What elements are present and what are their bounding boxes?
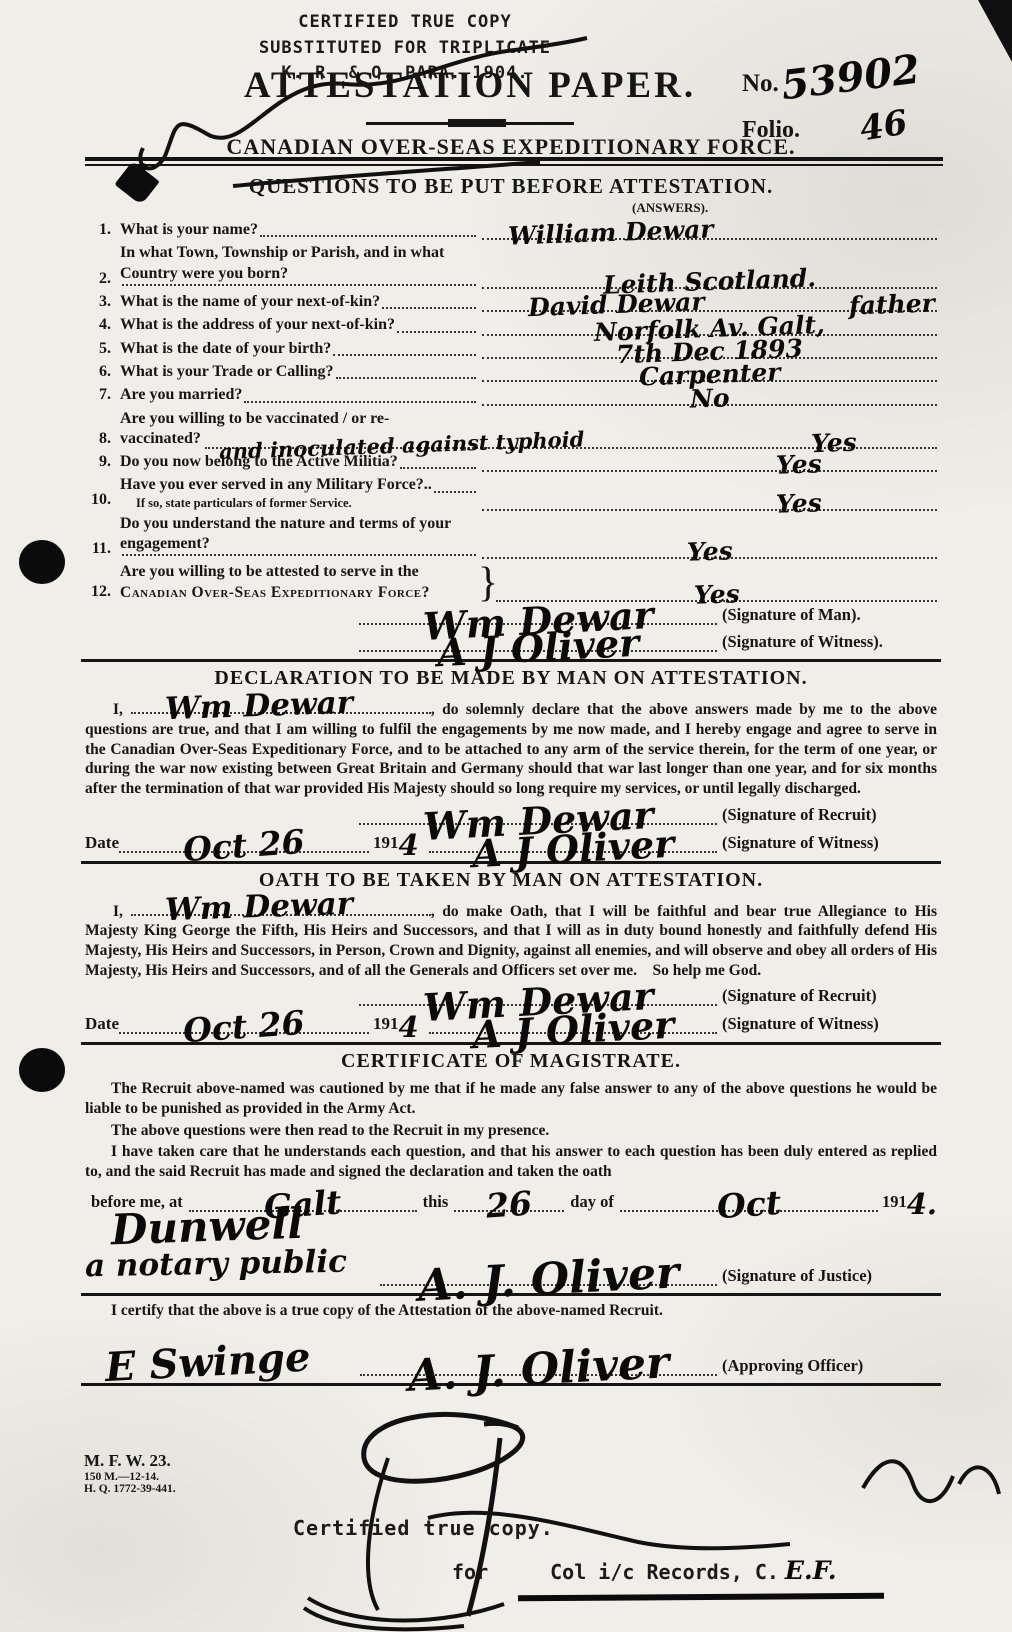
signature-of-witness: A J Oliver [437,633,640,663]
day-line: 26 [454,1193,564,1212]
signature-scrawl [268,1398,798,1632]
question-text: What is the name of your next-of-kin? [120,292,380,312]
signature-label: (Signature of Recruit) [722,805,937,825]
date-label: Date [85,833,119,853]
officer-name-handwritten: E Swinge [84,1341,360,1383]
declaration-text-bold: Canadian Over-Seas Expeditionary Force, [110,741,392,758]
answer-note: father [849,294,937,317]
answer-line: Carpenter [482,365,937,382]
question-text: vaccinated? [120,429,201,449]
magistrate-paragraph: The above questions were then read to th… [85,1121,937,1141]
dotted-leader [260,235,476,237]
signature-line: A. J. Oliver [360,1359,717,1376]
signature-line: A. J. Oliver [380,1269,717,1286]
i-label: I, [113,701,123,718]
dotted-leader [400,467,476,469]
justice-signature-row: Dunwell a notary public A. J. Oliver (Si… [85,1214,937,1286]
year-printed: 191 [373,833,399,853]
signature-label: (Signature of Witness). [722,632,937,652]
signature-line: A J Oliver [429,1020,717,1034]
signature-of-witness: A J Oliver [471,1015,674,1045]
answer-line: and inoculated against typhoid Yes [205,432,937,449]
question-row: 5. What is the date of your birth? 7th D… [85,339,937,359]
question-number: 9. [85,452,111,472]
day-of-label: day of [570,1192,614,1212]
date-value: Oct 26 [183,1011,306,1043]
scanned-attestation-document: { "header": { "stamp_lines": ["CERTIFIED… [0,0,1012,1632]
signature-row: Wm Dewar (Signature of Recruit) [85,986,937,1006]
signature-of-witness: A J Oliver [471,833,674,863]
brace-glyph: } [478,562,498,604]
justice-name-handwritten: Dunwell [110,1206,303,1246]
question-number: 8. [85,429,111,449]
dotted-leader [336,377,476,379]
signature-label: (Signature of Witness) [722,833,937,853]
question-row: 11. Do you understand the nature and ter… [85,514,937,560]
question-text: What is your name? [120,220,258,240]
year-printed: 191 [882,1192,907,1212]
question-number: 3. [85,292,111,312]
answer-value: Yes [811,430,937,454]
question-row: 8. Are you willing to be vaccinated / or… [85,409,937,450]
answer-value: William Dewar [508,220,714,247]
date-label: Date [85,1014,119,1034]
question-subtext: If so, state particulars of former Servi… [120,496,478,511]
question-number: 1. [85,220,111,240]
question-text: Are you married? [120,385,242,405]
signature-label: (Signature of Witness) [722,1014,937,1034]
recruit-name-handwritten: Wm Dewar [165,692,354,720]
question-row: 7. Are you married? No [85,385,937,405]
signature-of-justice: A. J. Oliver [417,1262,679,1298]
question-number: 4. [85,315,111,335]
month-line: Oct [620,1193,878,1212]
question-row: 12. Are you willing to be attested to se… [85,562,937,602]
question-row: 4. What is the address of your next-of-k… [85,315,937,335]
oath-paragraph: I,Wm Dewar, do make Oath, that I will be… [85,898,937,981]
date-value: Oct 26 [183,829,306,861]
magistrate-paragraph: The Recruit above-named was cautioned by… [85,1079,937,1118]
punch-hole [19,540,65,584]
question-number: 11. [85,539,111,559]
question-text: Are you willing to be vaccinated / or re… [120,409,937,429]
signature-row: A J Oliver (Signature of Witness). [85,632,937,652]
this-label: this [423,1192,449,1212]
dotted-leader [333,354,476,356]
answer-line: Yes [482,542,937,559]
dotted-leader [434,491,476,493]
number-value: 53902 [778,46,922,110]
question-text: Do you understand the nature and terms o… [120,514,478,555]
answer-value: No [689,388,729,409]
question-row: 1. What is your name? William Dewar [85,220,937,240]
ink-scrawl [855,1438,1005,1518]
name-field: Wm Dewar [131,696,431,714]
answer-line: Leith Scotland. [482,272,937,289]
recruit-name-handwritten: Wm Dewar [165,894,354,922]
signature-line: A J Oliver [429,839,717,853]
title-rule-center [448,119,506,127]
dotted-leader [244,401,476,403]
form-title: ATTESTATION PAPER. [140,64,800,107]
questions-heading: QUESTIONS TO BE PUT BEFORE ATTESTATION. [85,174,937,199]
notary-public-handwritten: a notary public [85,1249,347,1278]
question-text: Canadian Over-Seas Expeditionary Force? [120,583,430,603]
signature-row: Wm Dewar (Signature of Man). [85,605,937,625]
form-number-row: No.53902 [742,54,920,101]
question-text: In what Town, Township or Parish, and in… [120,243,478,284]
signature-label: (Signature of Recruit) [722,986,937,1006]
date-row: Date Oct 26 1914 A J Oliver (Signature o… [85,1014,937,1034]
day-value: 26 [486,1191,533,1217]
signature-of-approving-officer: A. J. Oliver [407,1353,669,1389]
dotted-leader [122,554,476,556]
form-ref: M. F. W. 23. [84,1452,176,1471]
answer-value: Yes [776,493,822,515]
year-written: 4 [398,1017,418,1037]
answer-value: Yes [693,585,739,607]
answer-line: David Dewarfather [482,295,937,312]
date-row: Date Oct 26 1914 A J Oliver (Signature o… [85,833,937,853]
question-number: 7. [85,385,111,405]
approving-signature-row: E Swinge A. J. Oliver (Approving Officer… [85,1324,937,1376]
declaration-paragraph: I,Wm Dewar, do solemnly declare that the… [85,696,937,798]
signature-label: (Approving Officer) [722,1356,937,1376]
month-value: Oct [716,1190,782,1218]
answers-label: (ANSWERS). [632,200,708,216]
answer-line: Yes [482,455,937,472]
form-reference-block: M. F. W. 23. 150 M.—12-14. H. Q. 1772-39… [84,1452,176,1496]
answer-value: Yes [776,455,822,477]
form-body: 1. What is your name? William Dewar 2. I… [85,220,937,1391]
name-field: Wm Dewar [131,898,431,916]
dotted-leader [397,331,476,333]
question-row: 6. What is your Trade or Calling? Carpen… [85,362,937,382]
question-number: 10. [85,490,111,510]
question-row: 3. What is the name of your next-of-kin?… [85,292,937,312]
answer-line: 7th Dec 1893 [482,342,937,359]
signature-line: Wm Dewar [359,611,717,625]
dotted-leader [122,284,476,286]
question-text: Are you willing to be attested to serve … [120,562,419,582]
question-number: 12. [85,582,111,602]
year-printed: 191 [373,1014,399,1034]
answer-line: William Dewar [482,223,937,240]
question-number: 6. [85,362,111,382]
answer-value: Yes [686,542,732,564]
date-line: Oct 26 [119,1015,369,1034]
punch-hole [19,1048,65,1092]
magistrate-paragraph: I have taken care that he understands ea… [85,1142,937,1181]
question-row: 10. Have you ever served in any Military… [85,475,937,510]
date-line: Oct 26 [119,834,369,853]
form-ref: 150 M.—12-14. [84,1471,176,1484]
signature-label: (Signature of Man). [722,605,937,625]
question-number: 2. [85,269,111,289]
year-written: 4. [907,1194,937,1214]
question-text: What is the address of your next-of-kin? [120,315,395,335]
question-number: 5. [85,339,111,359]
question-text: What is the date of your birth? [120,339,331,359]
year-written: 4 [398,835,418,855]
answer-line: No [482,389,937,406]
signature-line: A J Oliver [359,638,717,652]
answer-line: Yes [482,494,937,511]
number-label: No. [742,70,779,97]
page-corner-mark [978,0,1012,62]
i-label: I, [113,903,123,920]
double-rule [85,157,943,166]
question-text: What is your Trade or Calling? [120,362,334,382]
question-text: Have you ever served in any Military For… [120,475,432,495]
dotted-leader [382,307,476,309]
form-ref: H. Q. 1772-39-441. [84,1483,176,1496]
ink-blot [138,163,147,171]
signature-row: Wm Dewar (Signature of Recruit) [85,805,937,825]
signature-label: (Signature of Justice) [722,1266,937,1286]
